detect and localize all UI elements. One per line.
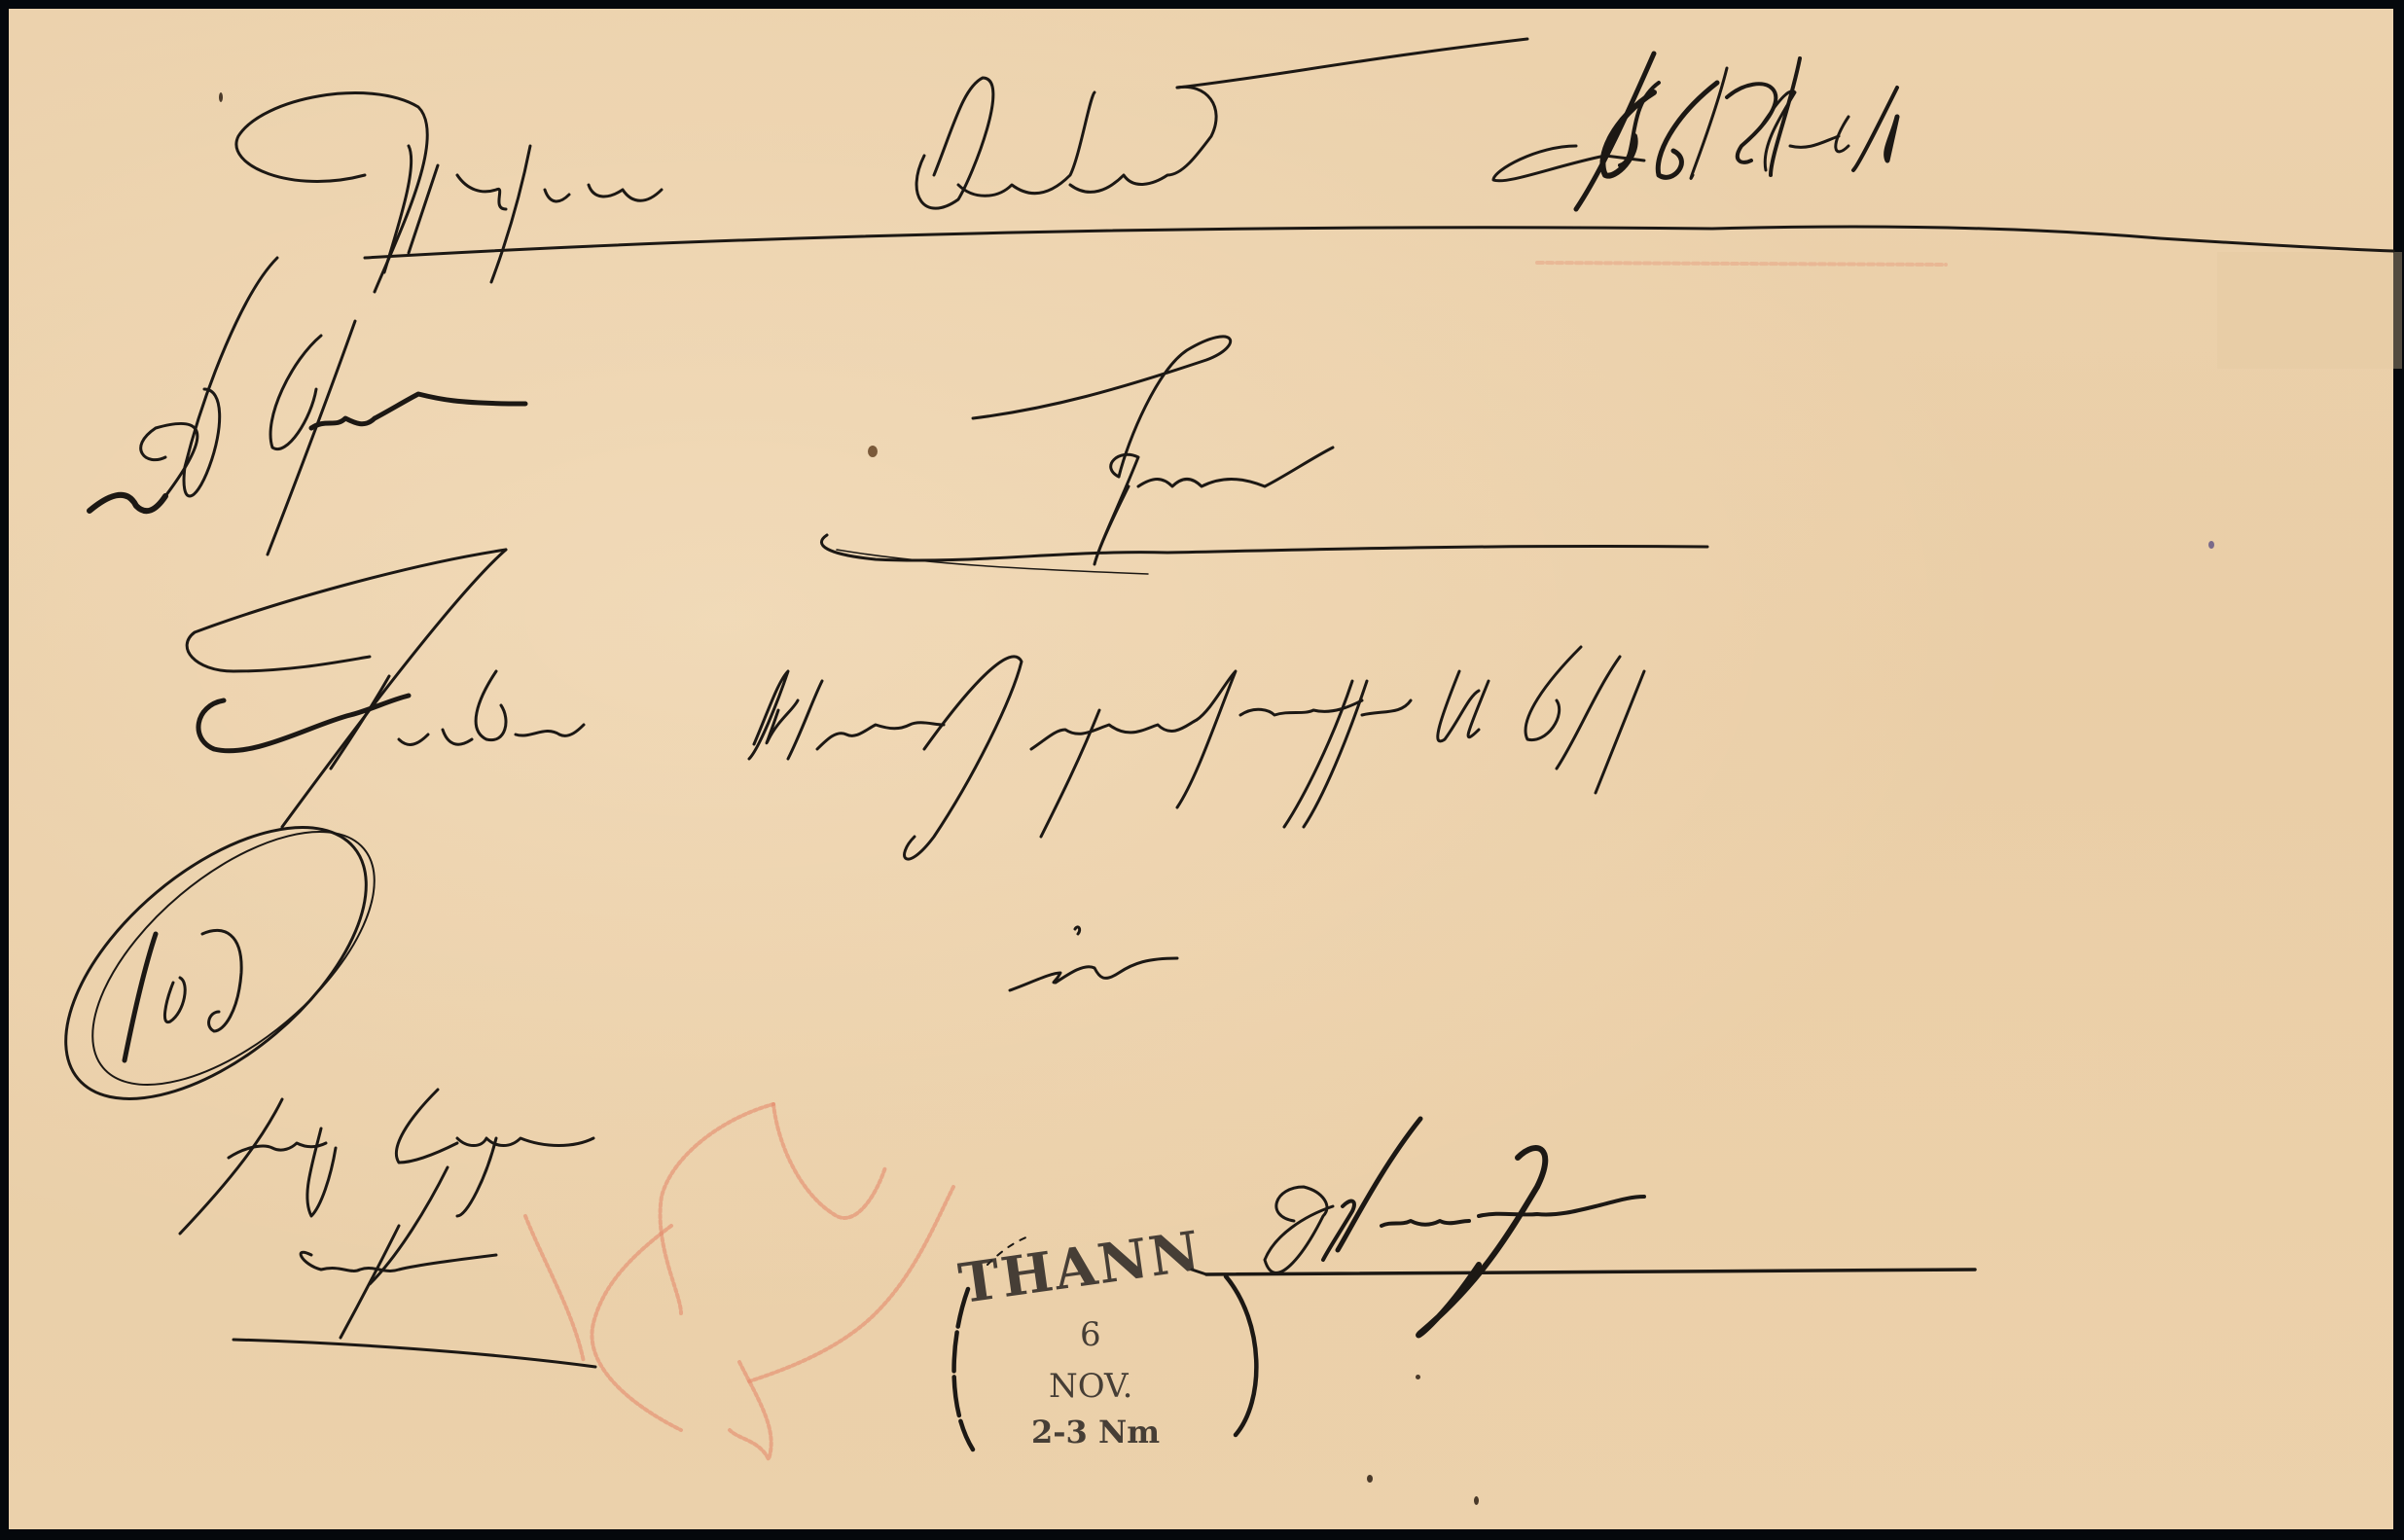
sender-underline — [233, 1340, 595, 1367]
destination-script — [1265, 1119, 1644, 1335]
address-script — [749, 647, 1644, 859]
salutation-underline — [821, 535, 1707, 560]
postmark-time: 2-3 Nm — [1031, 1414, 1160, 1450]
handwriting-strokes — [0, 0, 2404, 1540]
value-declaration-script — [236, 39, 1897, 292]
preposition-script — [1010, 927, 1177, 990]
weight-script — [90, 258, 525, 555]
destination-underline — [1206, 1270, 1975, 1274]
registration-oval — [18, 776, 416, 1149]
sender-name-script — [180, 1090, 593, 1338]
salutation-script — [973, 337, 1333, 564]
value-underline — [365, 227, 2393, 258]
sender-label-script — [187, 550, 584, 827]
postmark-day: 6 — [1080, 1315, 1101, 1354]
postmark-month: NOV. — [1049, 1367, 1132, 1406]
